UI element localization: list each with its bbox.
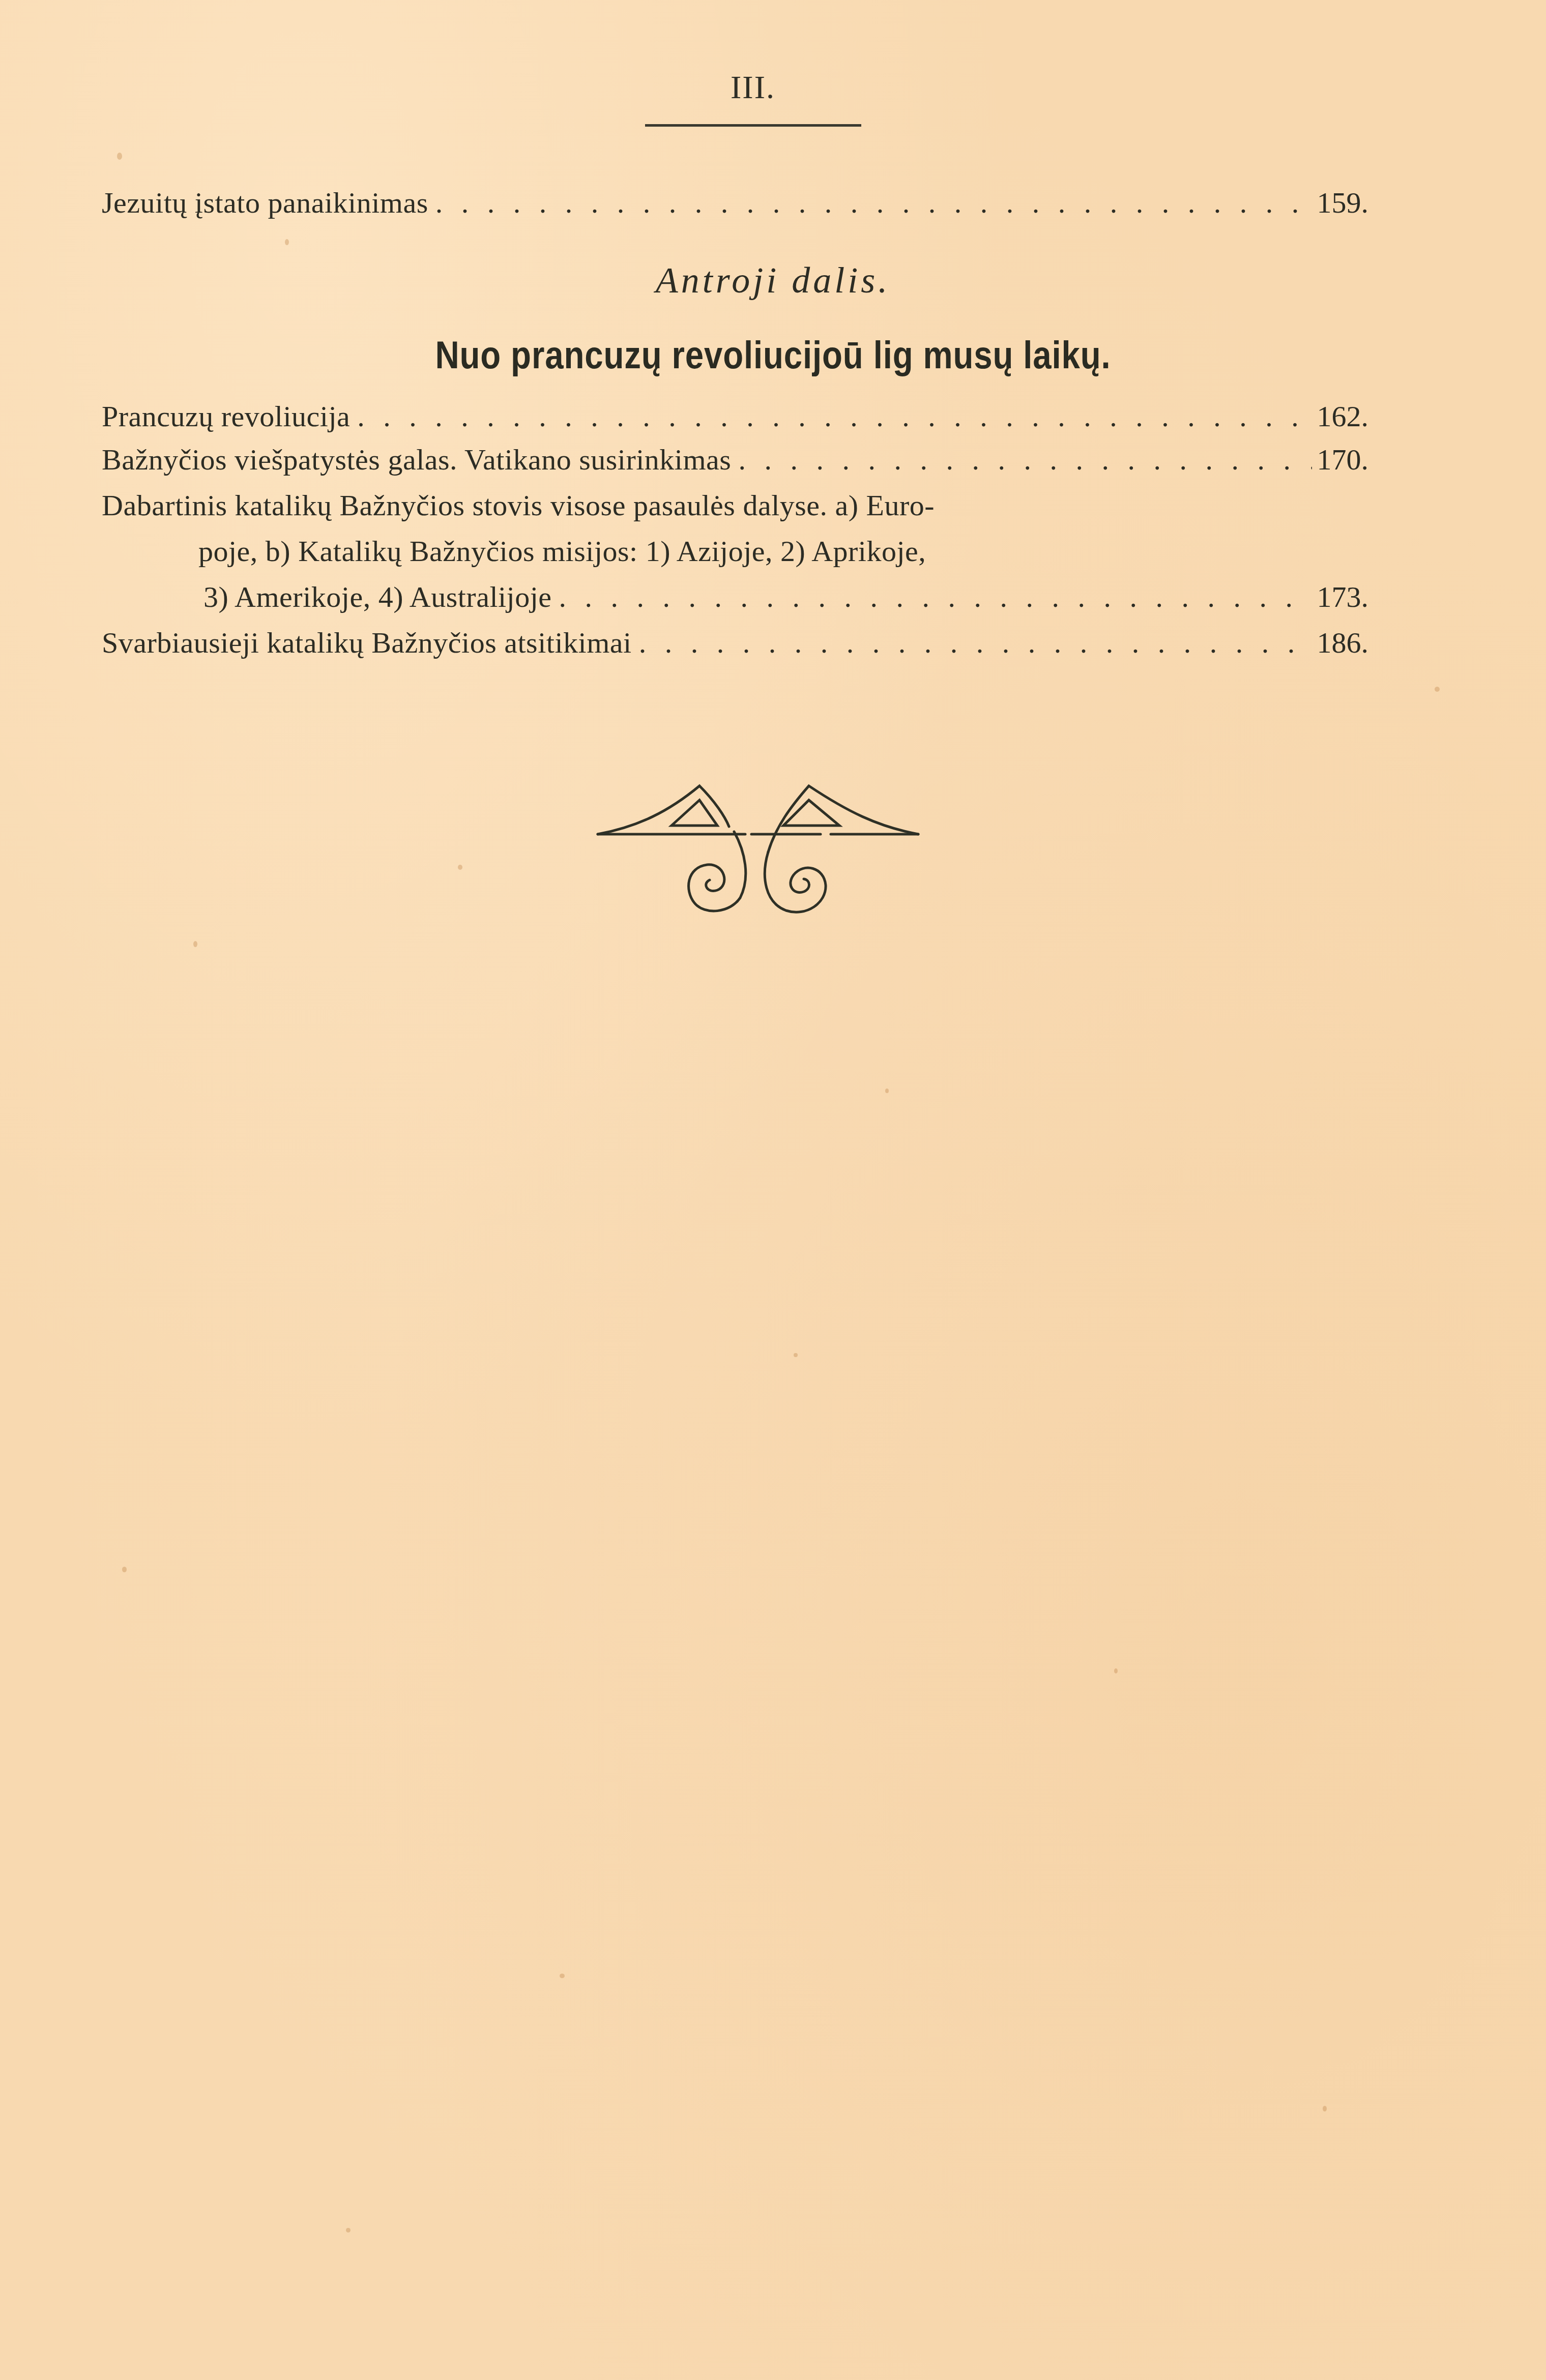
toc-entry-prancuzu-revoliucija[interactable]: Prancuzų revoliucija 162.	[102, 402, 1368, 431]
toc-entry-text: Dabartinis katalikų Bažnyčios stovis vis…	[102, 491, 935, 520]
toc-entry-text: Jezuitų įstato panaikinimas	[102, 188, 428, 218]
paper-speck	[122, 1567, 127, 1572]
part-title: Antroji dalis.	[0, 259, 1546, 302]
paper-speck	[1435, 687, 1440, 692]
dot-leader	[435, 188, 1312, 218]
paper-speck	[346, 2228, 351, 2232]
toc-entry-text: Prancuzų revoliucija	[102, 402, 350, 431]
toc-entry-jezuitu[interactable]: Jezuitų įstato panaikinimas 159.	[102, 188, 1368, 218]
dot-leader	[639, 628, 1312, 658]
toc-entry-text: 3) Amerikoje, 4) Australijoje	[203, 582, 552, 612]
paper-speck	[193, 941, 197, 947]
toc-entry-text: Bažnyčios viešpatystės galas. Vatikano s…	[102, 445, 731, 475]
toc-entry-text: poje, b) Katalikų Bažnyčios misijos: 1) …	[198, 537, 926, 566]
toc-entry-page: 173.	[1317, 582, 1369, 612]
dot-leader	[738, 445, 1311, 475]
toc-entry-svarbiausieji[interactable]: Svarbiausieji katalikų Bažnyčios atsitik…	[102, 628, 1368, 658]
toc-entry-text: Svarbiausieji katalikų Bažnyčios atsitik…	[102, 628, 632, 658]
header-rule	[645, 124, 861, 127]
toc-entry-page: 170.	[1317, 445, 1369, 475]
toc-entry-dabartinis-line-1[interactable]: Dabartinis katalikų Bažnyčios stovis vis…	[102, 491, 1368, 520]
paper-speck	[794, 1353, 798, 1357]
toc-entry-dabartinis-line-2[interactable]: poje, b) Katalikų Bažnyčios misijos: 1) …	[198, 537, 1363, 566]
toc-entry-page: 186.	[1317, 628, 1369, 658]
toc-entry-page: 162.	[1317, 402, 1369, 431]
section-title: Nuo prancuzų revoliucijoū lig musų laikų…	[108, 333, 1438, 377]
page-number: III.	[646, 71, 860, 104]
paper-speck	[117, 153, 122, 160]
paper-speck	[885, 1089, 889, 1093]
paper-speck	[458, 865, 462, 870]
toc-entry-dabartinis-line-3[interactable]: 3) Amerikoje, 4) Australijoje 173.	[203, 582, 1368, 612]
page-header: III.	[646, 71, 860, 104]
paper-speck	[560, 1974, 565, 1978]
dot-leader	[559, 582, 1312, 612]
dot-leader	[357, 402, 1311, 431]
paper-speck	[285, 239, 289, 245]
paper-speck	[1114, 1668, 1118, 1673]
toc-entry-baznycios-galas[interactable]: Bažnyčios viešpatystės galas. Vatikano s…	[102, 445, 1368, 475]
paper-speck	[1323, 2106, 1327, 2111]
toc-entry-page: 159.	[1317, 188, 1369, 218]
tailpiece-ornament-icon	[593, 776, 928, 918]
